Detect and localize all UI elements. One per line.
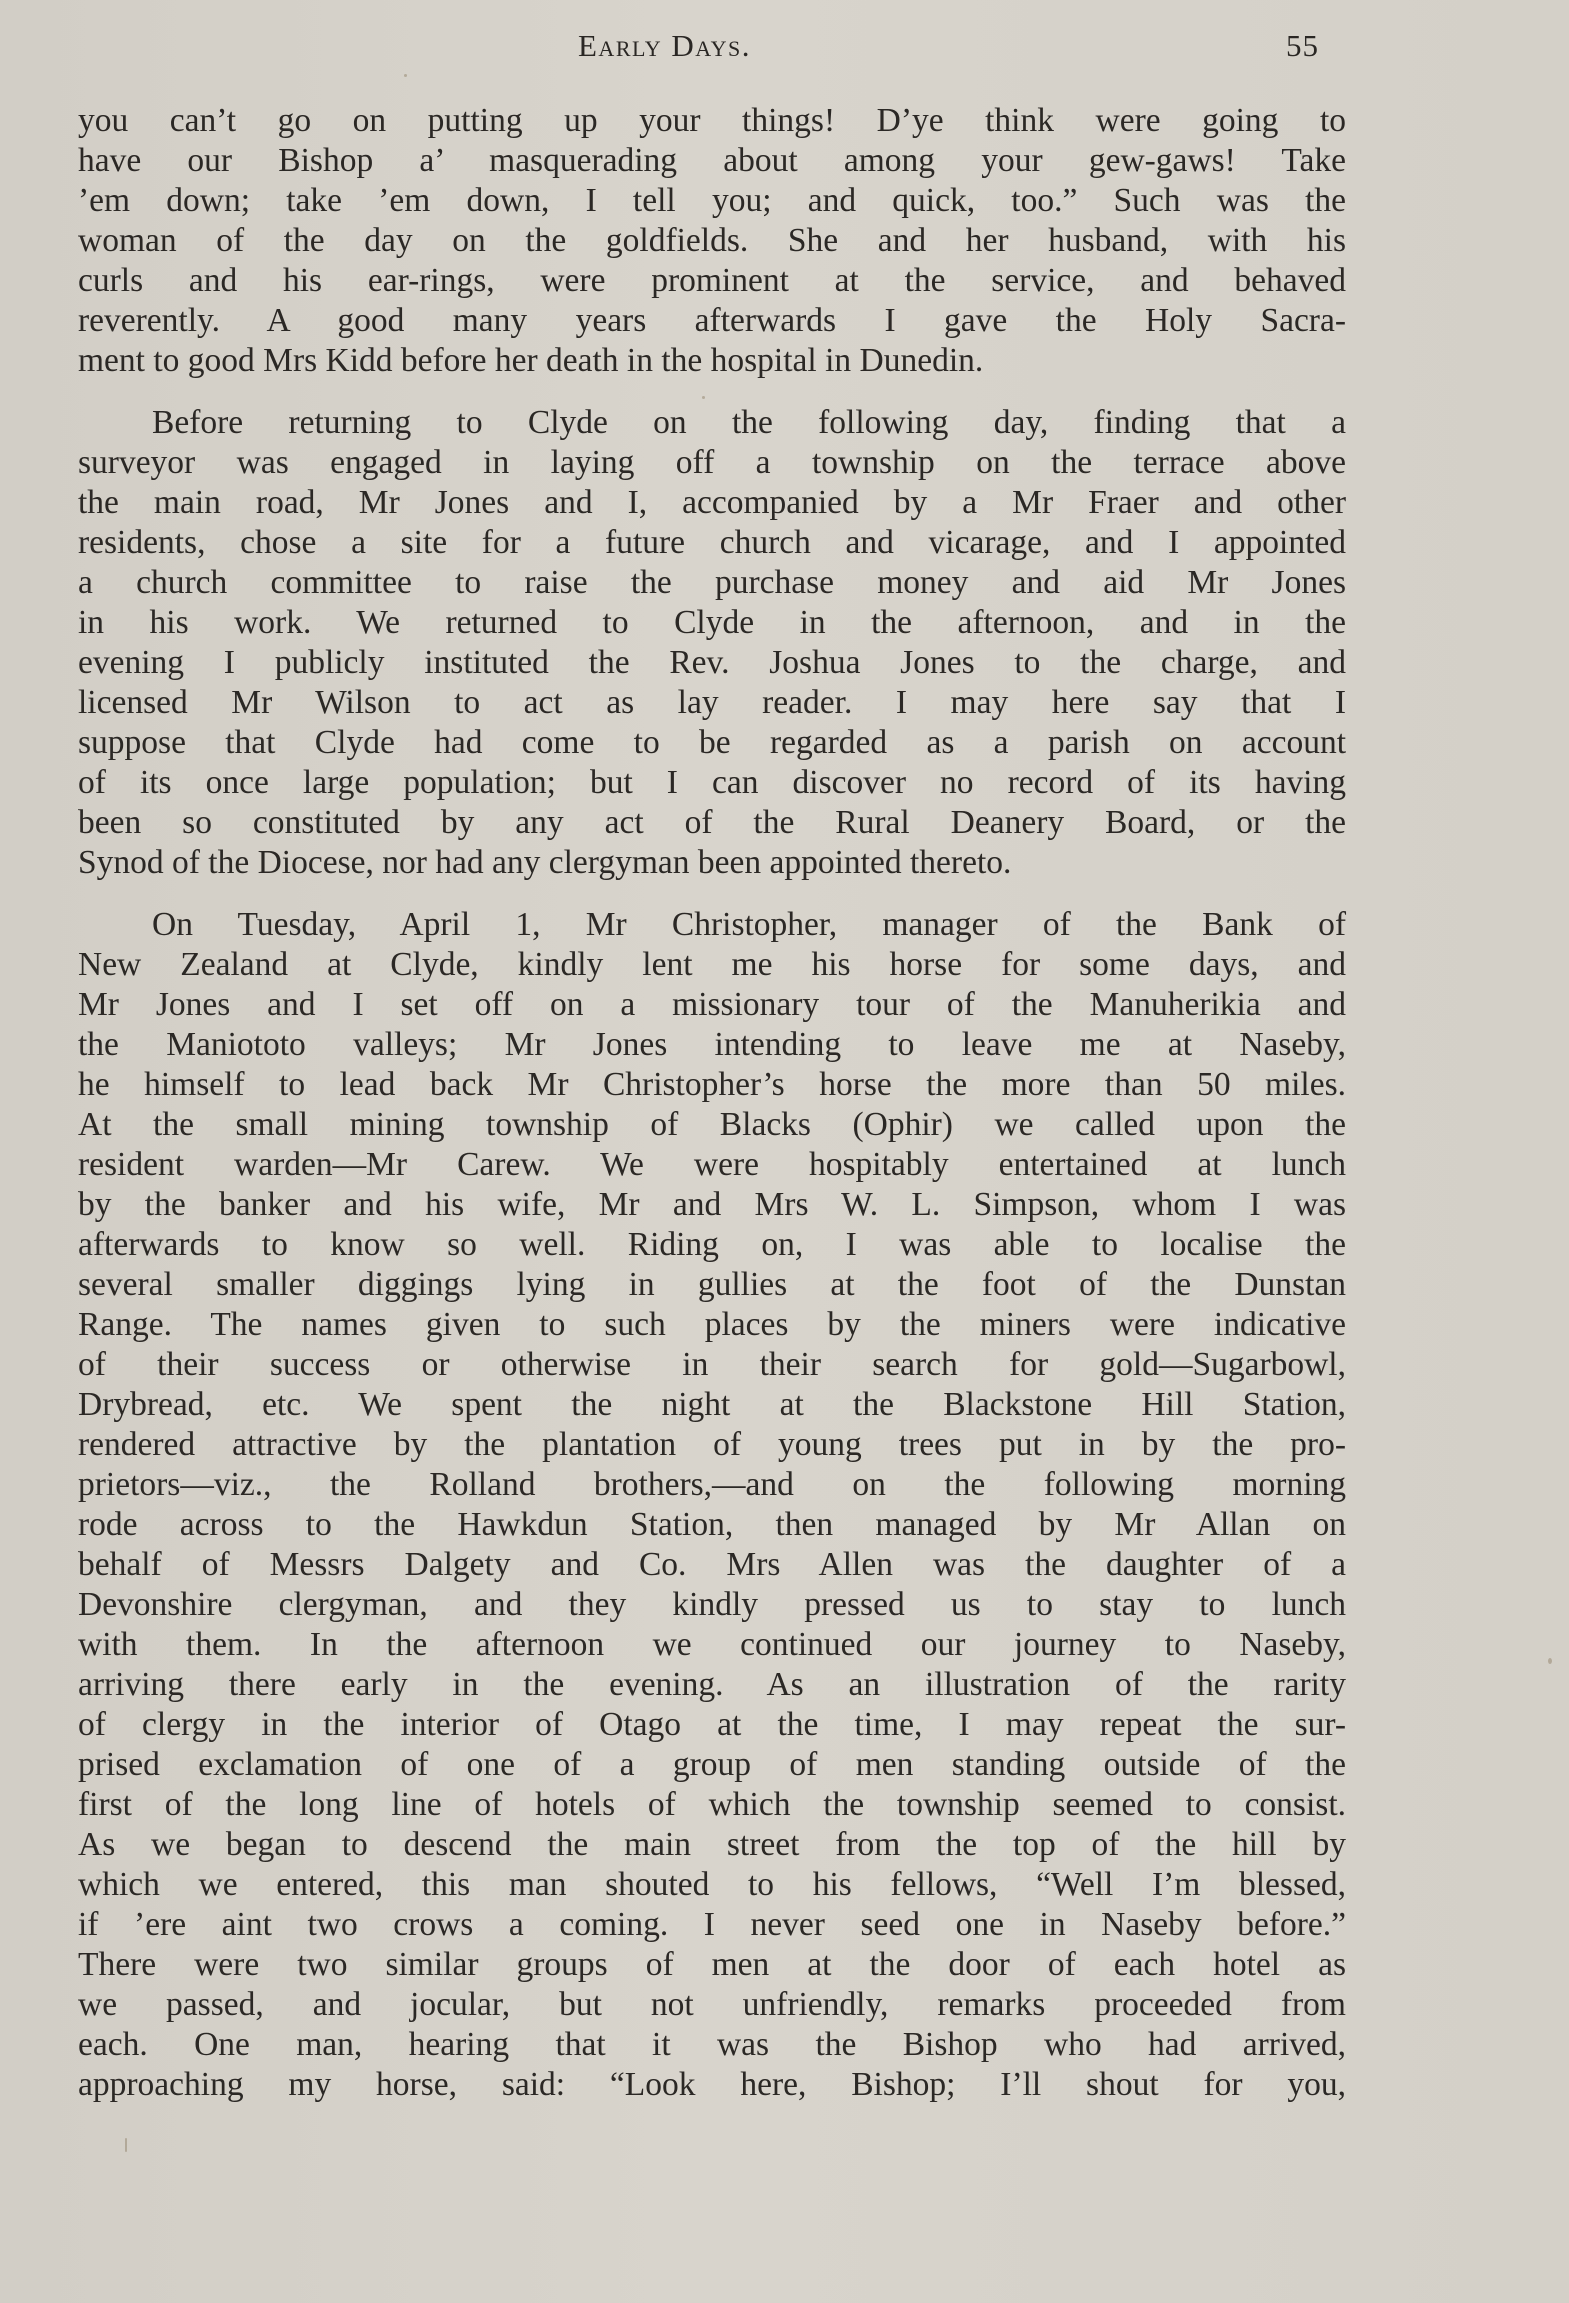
body-text: you can’t go on putting up your things! … bbox=[78, 101, 1346, 2105]
text-line: reverently. A good many years afterwards… bbox=[78, 301, 1346, 341]
text-line: a church committee to raise the purchase… bbox=[78, 563, 1346, 603]
text-line: in his work. We returned to Clyde in the… bbox=[78, 603, 1346, 643]
running-head: Early Days. 55 bbox=[0, 24, 1569, 68]
text-line: On Tuesday, April 1, Mr Christopher, man… bbox=[78, 905, 1346, 945]
text-line: There were two similar groups of men at … bbox=[78, 1945, 1346, 1985]
paragraph-gap bbox=[78, 883, 1346, 905]
paper-speck bbox=[404, 74, 407, 77]
text-line: prietors—viz., the Rolland brothers,—and… bbox=[78, 1465, 1346, 1505]
paragraph-1: you can’t go on putting up your things! … bbox=[78, 101, 1346, 381]
text-line: residents, chose a site for a future chu… bbox=[78, 523, 1346, 563]
text-line: which we entered, this man shouted to hi… bbox=[78, 1865, 1346, 1905]
text-line: with them. In the afternoon we continued… bbox=[78, 1625, 1346, 1665]
text-line: of its once large population; but I can … bbox=[78, 763, 1346, 803]
text-line: surveyor was engaged in laying off a tow… bbox=[78, 443, 1346, 483]
text-line: licensed Mr Wilson to act as lay reader.… bbox=[78, 683, 1346, 723]
paragraph-gap bbox=[78, 381, 1346, 403]
text-line: the main road, Mr Jones and I, accompani… bbox=[78, 483, 1346, 523]
text-line: curls and his ear-rings, were prominent … bbox=[78, 261, 1346, 301]
text-line: evening I publicly instituted the Rev. J… bbox=[78, 643, 1346, 683]
text-line: rode across to the Hawkdun Station, then… bbox=[78, 1505, 1346, 1545]
text-line: you can’t go on putting up your things! … bbox=[78, 101, 1346, 141]
text-line: Before returning to Clyde on the followi… bbox=[78, 403, 1346, 443]
text-line: prised exclamation of one of a group of … bbox=[78, 1745, 1346, 1785]
paragraph-2: Before returning to Clyde on the followi… bbox=[78, 403, 1346, 883]
text-line: resident warden—Mr Carew. We were hospit… bbox=[78, 1145, 1346, 1185]
text-line: approaching my horse, said: “Look here, … bbox=[78, 2065, 1346, 2105]
text-line: As we began to descend the main street f… bbox=[78, 1825, 1346, 1865]
text-line: Devonshire clergyman, and they kindly pr… bbox=[78, 1585, 1346, 1625]
paper-speck bbox=[1548, 1658, 1552, 1664]
paragraph-3: On Tuesday, April 1, Mr Christopher, man… bbox=[78, 905, 1346, 2105]
text-line: if ’ere aint two crows a coming. I never… bbox=[78, 1905, 1346, 1945]
text-line: New Zealand at Clyde, kindly lent me his… bbox=[78, 945, 1346, 985]
text-line: Mr Jones and I set off on a missionary t… bbox=[78, 985, 1346, 1025]
text-line: woman of the day on the goldfields. She … bbox=[78, 221, 1346, 261]
text-line: several smaller diggings lying in gullie… bbox=[78, 1265, 1346, 1305]
text-line: ment to good Mrs Kidd before her death i… bbox=[78, 341, 1346, 381]
page-number: 55 bbox=[1286, 28, 1319, 64]
text-line: the Maniototo valleys; Mr Jones intendin… bbox=[78, 1025, 1346, 1065]
text-line: rendered attractive by the plantation of… bbox=[78, 1425, 1346, 1465]
text-line: suppose that Clyde had come to be regard… bbox=[78, 723, 1346, 763]
text-line: Range. The names given to such places by… bbox=[78, 1305, 1346, 1345]
text-line: we passed, and jocular, but not unfriend… bbox=[78, 1985, 1346, 2025]
text-line: he himself to lead back Mr Christopher’s… bbox=[78, 1065, 1346, 1105]
running-title: Early Days. bbox=[578, 28, 751, 64]
text-line: Synod of the Diocese, nor had any clergy… bbox=[78, 843, 1346, 883]
text-line: of their success or otherwise in their s… bbox=[78, 1345, 1346, 1385]
text-line: arriving there early in the evening. As … bbox=[78, 1665, 1346, 1705]
text-line: first of the long line of hotels of whic… bbox=[78, 1785, 1346, 1825]
text-line: Drybread, etc. We spent the night at the… bbox=[78, 1385, 1346, 1425]
text-line: each. One man, hearing that it was the B… bbox=[78, 2025, 1346, 2065]
text-line: by the banker and his wife, Mr and Mrs W… bbox=[78, 1185, 1346, 1225]
paper-speck bbox=[125, 2138, 127, 2152]
text-line: been so constituted by any act of the Ru… bbox=[78, 803, 1346, 843]
text-line: ’em down; take ’em down, I tell you; and… bbox=[78, 181, 1346, 221]
text-line: have our Bishop a’ masquerading about am… bbox=[78, 141, 1346, 181]
text-line: of clergy in the interior of Otago at th… bbox=[78, 1705, 1346, 1745]
book-page: { "header": { "running_title": "Early Da… bbox=[0, 0, 1569, 2303]
text-line: afterwards to know so well. Riding on, I… bbox=[78, 1225, 1346, 1265]
text-line: At the small mining township of Blacks (… bbox=[78, 1105, 1346, 1145]
paper-speck bbox=[702, 396, 705, 399]
text-line: behalf of Messrs Dalgety and Co. Mrs All… bbox=[78, 1545, 1346, 1585]
